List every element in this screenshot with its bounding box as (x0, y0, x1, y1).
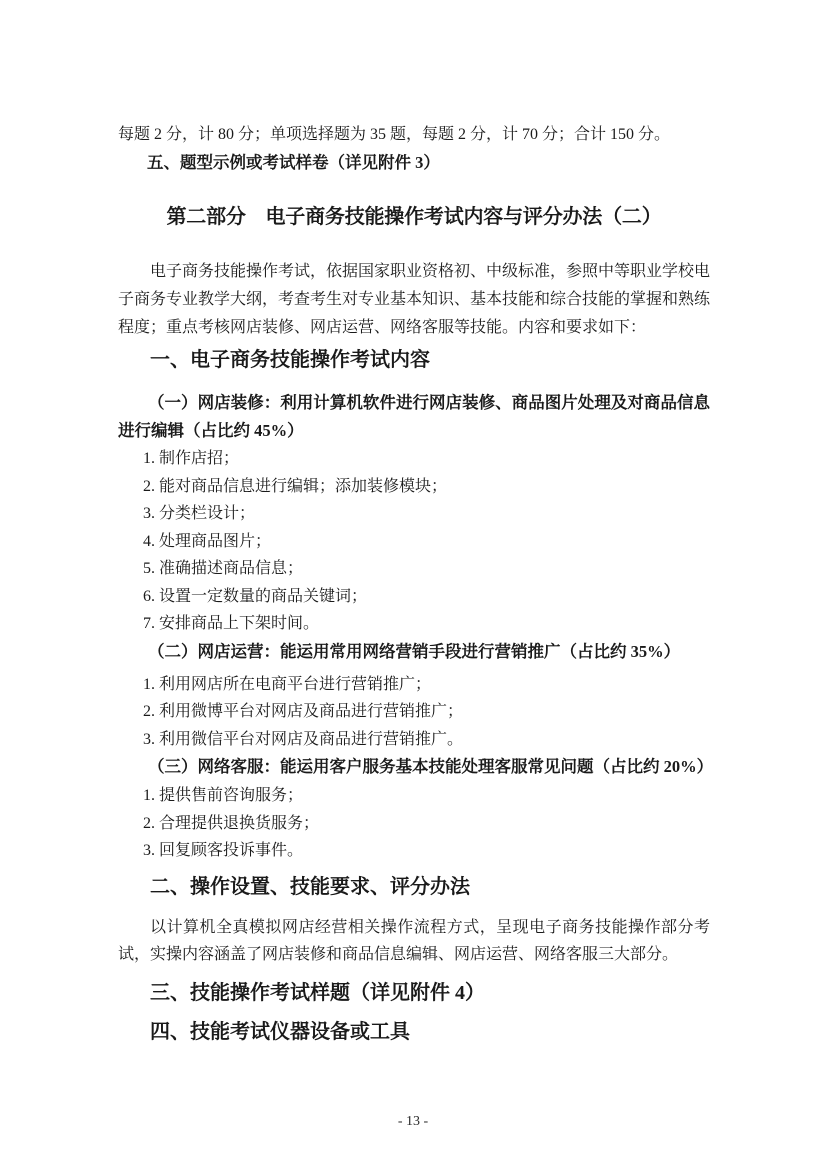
list-item: 4. 处理商品图片； (118, 528, 710, 556)
heading-two: 二、操作设置、技能要求、评分办法 (118, 873, 710, 901)
document-page: 每题 2 分，计 80 分；单项选择题为 35 题，每题 2 分，计 70 分；… (0, 0, 826, 1169)
list-item: 3. 分类栏设计； (118, 500, 710, 528)
carryover-paragraph-line: 每题 2 分，计 80 分；单项选择题为 35 题，每题 2 分，计 70 分；… (118, 121, 710, 149)
heading-one: 一、电子商务技能操作考试内容 (118, 346, 710, 374)
heading-four: 四、技能考试仪器设备或工具 (118, 1018, 710, 1046)
operation-paragraph: 以计算机全真模拟网店经营相关操作流程方式，呈现电子商务技能操作部分考试，实操内容… (118, 914, 710, 968)
list-item: 7. 安排商品上下架时间。 (118, 610, 710, 638)
list-item: 1. 提供售前咨询服务； (118, 782, 710, 810)
intro-paragraph: 电子商务技能操作考试，依据国家职业资格初、中级标准，参照中等职业学校电子商务专业… (118, 258, 710, 342)
heading-three: 三、技能操作考试样题（详见附件 4） (118, 979, 710, 1007)
subsection-1-items: 1. 制作店招； 2. 能对商品信息进行编辑；添加装修模块； 3. 分类栏设计；… (118, 445, 710, 638)
list-item: 1. 制作店招； (118, 445, 710, 473)
subsection-2-heading: （二）网店运营：能运用常用网络营销手段进行营销推广（占比约 35%） (118, 638, 710, 666)
list-item: 6. 设置一定数量的商品关键词； (118, 583, 710, 611)
document-content: 每题 2 分，计 80 分；单项选择题为 35 题，每题 2 分，计 70 分；… (118, 121, 710, 1046)
page-number: - 13 - (0, 1112, 826, 1132)
list-item: 2. 利用微博平台对网店及商品进行营销推广； (118, 698, 710, 726)
subsection-3-heading: （三）网络客服：能运用客户服务基本技能处理客服常见问题（占比约 20%） (118, 753, 710, 781)
list-item: 2. 能对商品信息进行编辑；添加装修模块； (118, 473, 710, 501)
list-item: 1. 利用网店所在电商平台进行营销推广； (118, 671, 710, 699)
list-item: 2. 合理提供退换货服务； (118, 810, 710, 838)
subsection-1-heading: （一）网店装修：利用计算机软件进行网店装修、商品图片处理及对商品信息进行编辑（占… (118, 389, 710, 445)
subsection-3-items: 1. 提供售前咨询服务； 2. 合理提供退换货服务； 3. 回复顾客投诉事件。 (118, 782, 710, 865)
list-item: 3. 回复顾客投诉事件。 (118, 837, 710, 865)
heading-five: 五、题型示例或考试样卷（详见附件 3） (118, 149, 710, 177)
list-item: 5. 准确描述商品信息； (118, 555, 710, 583)
subsection-2-items: 1. 利用网店所在电商平台进行营销推广； 2. 利用微博平台对网店及商品进行营销… (118, 671, 710, 754)
list-item: 3. 利用微信平台对网店及商品进行营销推广。 (118, 726, 710, 754)
part-title: 第二部分 电子商务技能操作考试内容与评分办法（二） (118, 199, 710, 235)
